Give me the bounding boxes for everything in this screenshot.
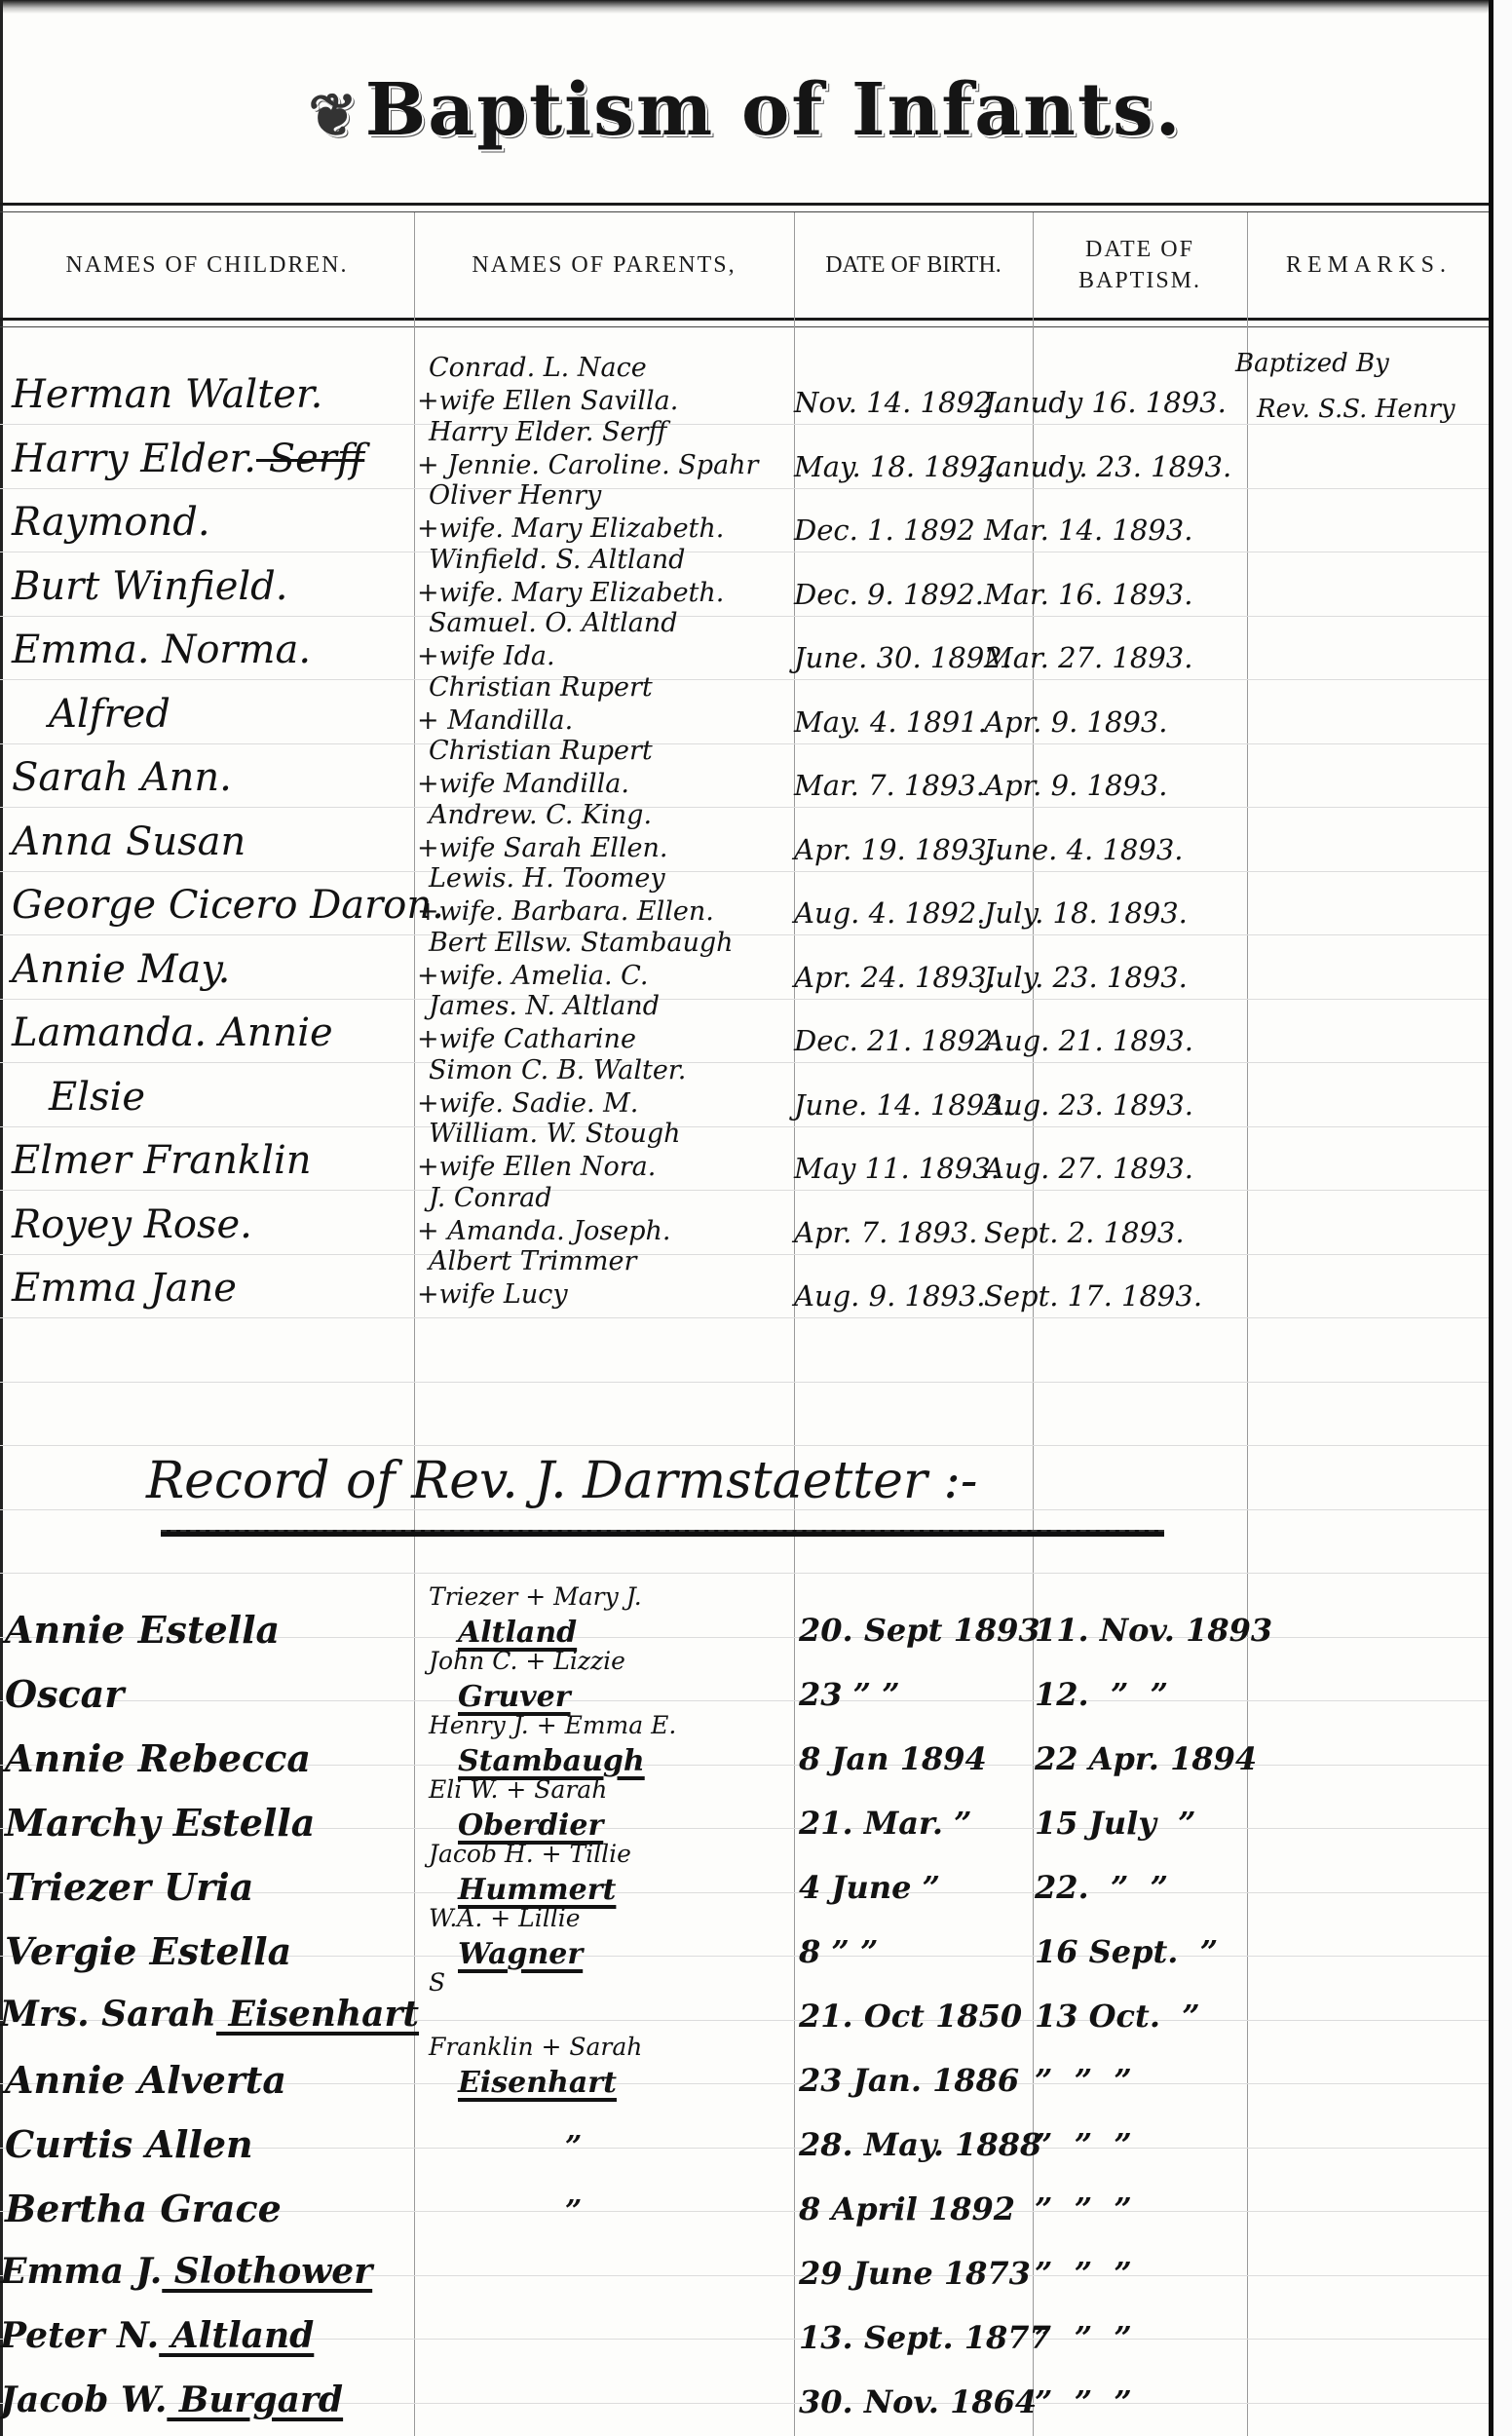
parents-line-1: Triezer + Mary J.: [429, 1582, 642, 1611]
child-name: Vergie Estella: [5, 1929, 291, 1973]
date-of-baptism: 13 Oct. ”: [1035, 1998, 1200, 2035]
date-of-baptism: 16 Sept. ”: [1035, 1933, 1218, 1970]
parents-line-2: Wagner: [458, 1937, 583, 1971]
date-of-birth: June. 30. 1892.: [794, 641, 1011, 674]
section-2-heading-underline: [161, 1530, 1164, 1537]
date-of-baptism: Mar. 14. 1893.: [984, 514, 1192, 547]
date-of-birth: Dec. 21. 1892.: [794, 1024, 1002, 1057]
date-of-baptism: 22. ” ”: [1035, 1869, 1168, 1906]
parents-line-2: + Amanda. Joseph.: [417, 1216, 671, 1246]
ruled-line: [0, 1126, 1489, 1127]
date-of-birth: May. 18. 1892.: [794, 450, 1004, 483]
date-of-birth: 21. Mar. ”: [799, 1805, 972, 1842]
parents-line-2: +wife Catharine: [417, 1024, 636, 1054]
date-of-baptism: Sept. 2. 1893.: [984, 1216, 1185, 1249]
ruled-line: [0, 1317, 1489, 1318]
column-header-children: NAMES OF CHILDREN.: [0, 212, 414, 318]
child-name: Annie Alverta: [5, 2058, 286, 2102]
date-of-baptism: Aug. 27. 1893.: [984, 1152, 1193, 1185]
title-text: Baptism of Infants.: [365, 68, 1183, 152]
date-of-birth: 23 ” ”: [799, 1676, 900, 1713]
parents-line-2: +wife. Barbara. Ellen.: [417, 896, 714, 927]
parents-line-1: Christian Rupert: [429, 736, 653, 766]
date-of-baptism: 12. ” ”: [1035, 1676, 1168, 1713]
column-header-birth: DATE OF BIRTH.: [794, 212, 1033, 318]
page-title: ❦Baptism of Infants.: [0, 68, 1491, 152]
child-name: George Cicero Daron.: [12, 883, 444, 928]
date-of-birth: 8 Jan 1894: [799, 1740, 987, 1777]
date-of-baptism: ” ” ”: [1035, 2126, 1132, 2163]
child-name: Triezer Uria: [5, 1865, 253, 1909]
child-name: Harry Elder. Serff: [12, 437, 364, 481]
child-name: Herman Walter.: [12, 372, 322, 417]
parents-line-1: Andrew. C. King.: [429, 800, 652, 830]
ruled-line: [0, 1062, 1489, 1063]
parents-line-1: Harry Elder. Serff: [429, 417, 667, 447]
date-of-birth: Dec. 9. 1892.: [794, 578, 984, 611]
ruled-line: [0, 1445, 1489, 1446]
remark-line-1: Baptized By: [1235, 349, 1389, 378]
child-name: Annie May.: [12, 947, 230, 992]
child-name: Curtis Allen: [5, 2122, 253, 2166]
date-of-baptism: Apr. 9. 1893.: [984, 705, 1168, 739]
parents-line-1: Eli W. + Sarah: [429, 1775, 607, 1804]
parents-line-2: +wife. Amelia. C.: [417, 961, 648, 991]
parents-line-2: +wife Ellen Savilla.: [417, 386, 678, 416]
parents-line-1: Albert Trimmer: [429, 1246, 636, 1276]
date-of-birth: June. 14. 1893.: [794, 1088, 1011, 1122]
page-left-edge: [0, 0, 3, 2436]
date-of-baptism: 22 Apr. 1894: [1035, 1740, 1257, 1777]
date-of-birth: 8 ” ”: [799, 1933, 878, 1970]
date-of-baptism: Janudy 16. 1893.: [984, 386, 1227, 419]
child-name: Mrs. Sarah Eisenhart: [0, 1994, 419, 2035]
struck-surname: Serff: [256, 437, 364, 481]
child-name: Marchy Estella: [5, 1801, 315, 1845]
ruled-line: [0, 1573, 1489, 1574]
date-of-birth: Apr. 19. 1893.: [794, 833, 996, 866]
parents-line-2: +wife. Mary Elizabeth.: [417, 514, 724, 544]
child-name: Raymond.: [12, 500, 210, 545]
parents-line-1: James. N. Altland: [429, 991, 660, 1021]
date-of-baptism: 15 July ”: [1035, 1805, 1196, 1842]
date-of-birth: 13. Sept. 1877: [799, 2319, 1051, 2356]
date-of-baptism: Mar. 16. 1893.: [984, 578, 1192, 611]
parents-line-1: S: [429, 1968, 445, 1997]
parents-line-2: +wife Lucy: [417, 1279, 568, 1310]
child-name: Oscar: [5, 1672, 124, 1716]
date-of-baptism: Apr. 9. 1893.: [984, 769, 1168, 802]
parents-line-1: Lewis. H. Toomey: [429, 863, 665, 894]
date-of-birth: May. 4. 1891.: [794, 705, 987, 739]
child-name: Royey Rose.: [12, 1202, 252, 1247]
parents-line-1: Simon C. B. Walter.: [429, 1055, 686, 1085]
date-of-baptism: July. 23. 1893.: [984, 961, 1188, 994]
section-2-heading: Record of Rev. J. Darmstaetter :-: [146, 1452, 977, 1510]
date-of-baptism: 11. Nov. 1893: [1035, 1612, 1272, 1649]
date-of-birth: 21. Oct 1850: [799, 1998, 1022, 2035]
column-header-baptism: DATE OF BAPTISM.: [1033, 212, 1247, 318]
column-divider: [414, 212, 415, 2436]
date-of-birth: 23 Jan. 1886: [799, 2062, 1019, 2099]
date-of-baptism: ” ” ”: [1035, 2319, 1132, 2356]
date-of-birth: Nov. 14. 1892.: [794, 386, 1002, 419]
ruled-line: [0, 1700, 1489, 1701]
ruled-line: [0, 552, 1489, 552]
parents-line-2: + Mandilla.: [417, 705, 573, 736]
child-surname: Slothower: [162, 2251, 372, 2292]
parents-line-2: +wife. Sadie. M.: [417, 1088, 638, 1119]
date-of-baptism: Aug. 21. 1893.: [984, 1024, 1193, 1057]
header-top-rule: [0, 203, 1491, 212]
date-of-baptism: Mar. 27. 1893.: [984, 641, 1192, 674]
child-name: Sarah Ann.: [12, 755, 232, 800]
parents-line-1: Bert Ellsw. Stambaugh: [429, 928, 734, 958]
date-of-birth: Aug. 9. 1893.: [794, 1279, 986, 1313]
parents-line-1: Oliver Henry: [429, 480, 601, 511]
ornament-icon: ❦: [308, 82, 359, 150]
date-of-birth: 30. Nov. 1864: [799, 2383, 1037, 2420]
parents-line-1: Conrad. L. Nace: [429, 353, 647, 383]
parents-line-2: ”: [565, 2194, 582, 2228]
parents-line-2: + Jennie. Caroline. Spahr: [417, 450, 758, 480]
child-name: Jacob W. Burgard: [0, 2379, 343, 2420]
parents-line-2: +wife Mandilla.: [417, 769, 629, 799]
child-name: Emma J. Slothower: [0, 2251, 372, 2292]
child-name: Lamanda. Annie: [12, 1010, 333, 1055]
parents-line-2: +wife Ellen Nora.: [417, 1152, 656, 1182]
parents-line-1: Winfield. S. Altland: [429, 545, 685, 575]
column-header-row: NAMES OF CHILDREN. NAMES OF PARENTS, DAT…: [0, 212, 1491, 318]
parents-line-1: Christian Rupert: [429, 672, 653, 703]
child-name: Elmer Franklin: [12, 1138, 312, 1183]
page-right-margin: [1493, 0, 1512, 2436]
parents-line-2: Oberdier: [458, 1808, 603, 1843]
parents-line-2: +wife Sarah Ellen.: [417, 833, 667, 863]
ruled-line: [0, 871, 1489, 872]
ruled-line: [0, 424, 1489, 425]
date-of-baptism: Janudy. 23. 1893.: [984, 450, 1231, 483]
parents-line-2: Hummert: [458, 1873, 616, 1907]
child-name: Burt Winfield.: [12, 564, 288, 609]
ruled-line: [0, 616, 1489, 617]
parents-line-1: William. W. Stough: [429, 1119, 681, 1149]
date-of-birth: May 11. 1893.: [794, 1152, 1000, 1185]
date-of-baptism: ” ” ”: [1035, 2255, 1132, 2292]
child-name: Bertha Grace: [5, 2187, 282, 2230]
date-of-birth: 29 June 1873: [799, 2255, 1031, 2292]
header-bottom-rule: [0, 318, 1491, 327]
date-of-birth: 8 April 1892: [799, 2190, 1015, 2227]
ruled-line: [0, 1254, 1489, 1255]
date-of-baptism: ” ” ”: [1035, 2062, 1132, 2099]
date-of-birth: Aug. 4. 1892.: [794, 896, 986, 930]
child-name: Emma Jane: [12, 1266, 237, 1311]
child-name: Emma. Norma.: [12, 628, 311, 672]
column-header-remarks: REMARKS.: [1247, 212, 1491, 318]
parents-line-2: +wife. Mary Elizabeth.: [417, 578, 724, 608]
ruled-line: [0, 999, 1489, 1000]
date-of-birth: Mar. 7. 1893.: [794, 769, 985, 802]
date-of-baptism: July. 18. 1893.: [984, 896, 1188, 930]
parents-line-2: Eisenhart: [458, 2066, 617, 2100]
parents-line-2: ”: [565, 2130, 582, 2164]
ruled-line: [0, 743, 1489, 744]
ruled-line: [0, 1190, 1489, 1191]
ruled-line: [0, 934, 1489, 935]
date-of-birth: 4 June ”: [799, 1869, 940, 1906]
date-of-baptism: Aug. 23. 1893.: [984, 1088, 1193, 1122]
parents-line-2: +wife Ida.: [417, 641, 555, 671]
date-of-birth: Apr. 7. 1893.: [794, 1216, 978, 1249]
parents-line-1: Jacob H. + Tillie: [429, 1840, 631, 1868]
page-top-shadow: [0, 0, 1512, 14]
date-of-baptism: June. 4. 1893.: [984, 833, 1184, 866]
parents-line-1: Franklin + Sarah: [429, 2033, 642, 2061]
column-divider: [1247, 212, 1248, 2436]
parents-line-1: Henry J. + Emma E.: [429, 1711, 676, 1739]
child-surname: Altland: [159, 2315, 314, 2356]
child-name: Peter N. Altland: [0, 2315, 314, 2356]
date-of-birth: 28. May. 1888: [799, 2126, 1041, 2163]
child-name: Annie Rebecca: [5, 1736, 311, 1780]
parents-line-1: J. Conrad: [429, 1183, 551, 1213]
ruled-line: [0, 488, 1489, 489]
child-name: Annie Estella: [5, 1608, 280, 1652]
child-name: Elsie: [49, 1075, 145, 1120]
parents-line-1: Samuel. O. Altland: [429, 608, 677, 638]
date-of-baptism: ” ” ”: [1035, 2190, 1132, 2227]
ruled-line: [0, 679, 1489, 680]
remark-line-2: Rev. S.S. Henry: [1257, 395, 1455, 424]
ruled-line: [0, 1382, 1489, 1383]
parents-line-1: W.A. + Lillie: [429, 1904, 581, 1932]
date-of-baptism: ” ” ”: [1035, 2383, 1132, 2420]
ledger-page: ❦Baptism of Infants. NAMES OF CHILDREN. …: [0, 0, 1491, 2436]
date-of-birth: 20. Sept 1893: [799, 1612, 1040, 1649]
parents-line-2: Stambaugh: [458, 1744, 645, 1778]
column-header-parents: NAMES OF PARENTS,: [414, 212, 794, 318]
child-surname: Eisenhart: [216, 1994, 419, 2035]
parents-line-1: John C. + Lizzie: [429, 1647, 625, 1675]
date-of-birth: Dec. 1. 1892: [794, 514, 975, 547]
child-name: Anna Susan: [12, 819, 246, 864]
child-surname: Burgard: [167, 2379, 343, 2420]
parents-line-2: Altland: [458, 1616, 577, 1650]
date-of-birth: Apr. 24. 1893.: [794, 961, 996, 994]
parents-line-2: Gruver: [458, 1680, 571, 1714]
date-of-baptism: Sept. 17. 1893.: [984, 1279, 1202, 1313]
ruled-line: [0, 807, 1489, 808]
child-name: Alfred: [49, 692, 170, 737]
